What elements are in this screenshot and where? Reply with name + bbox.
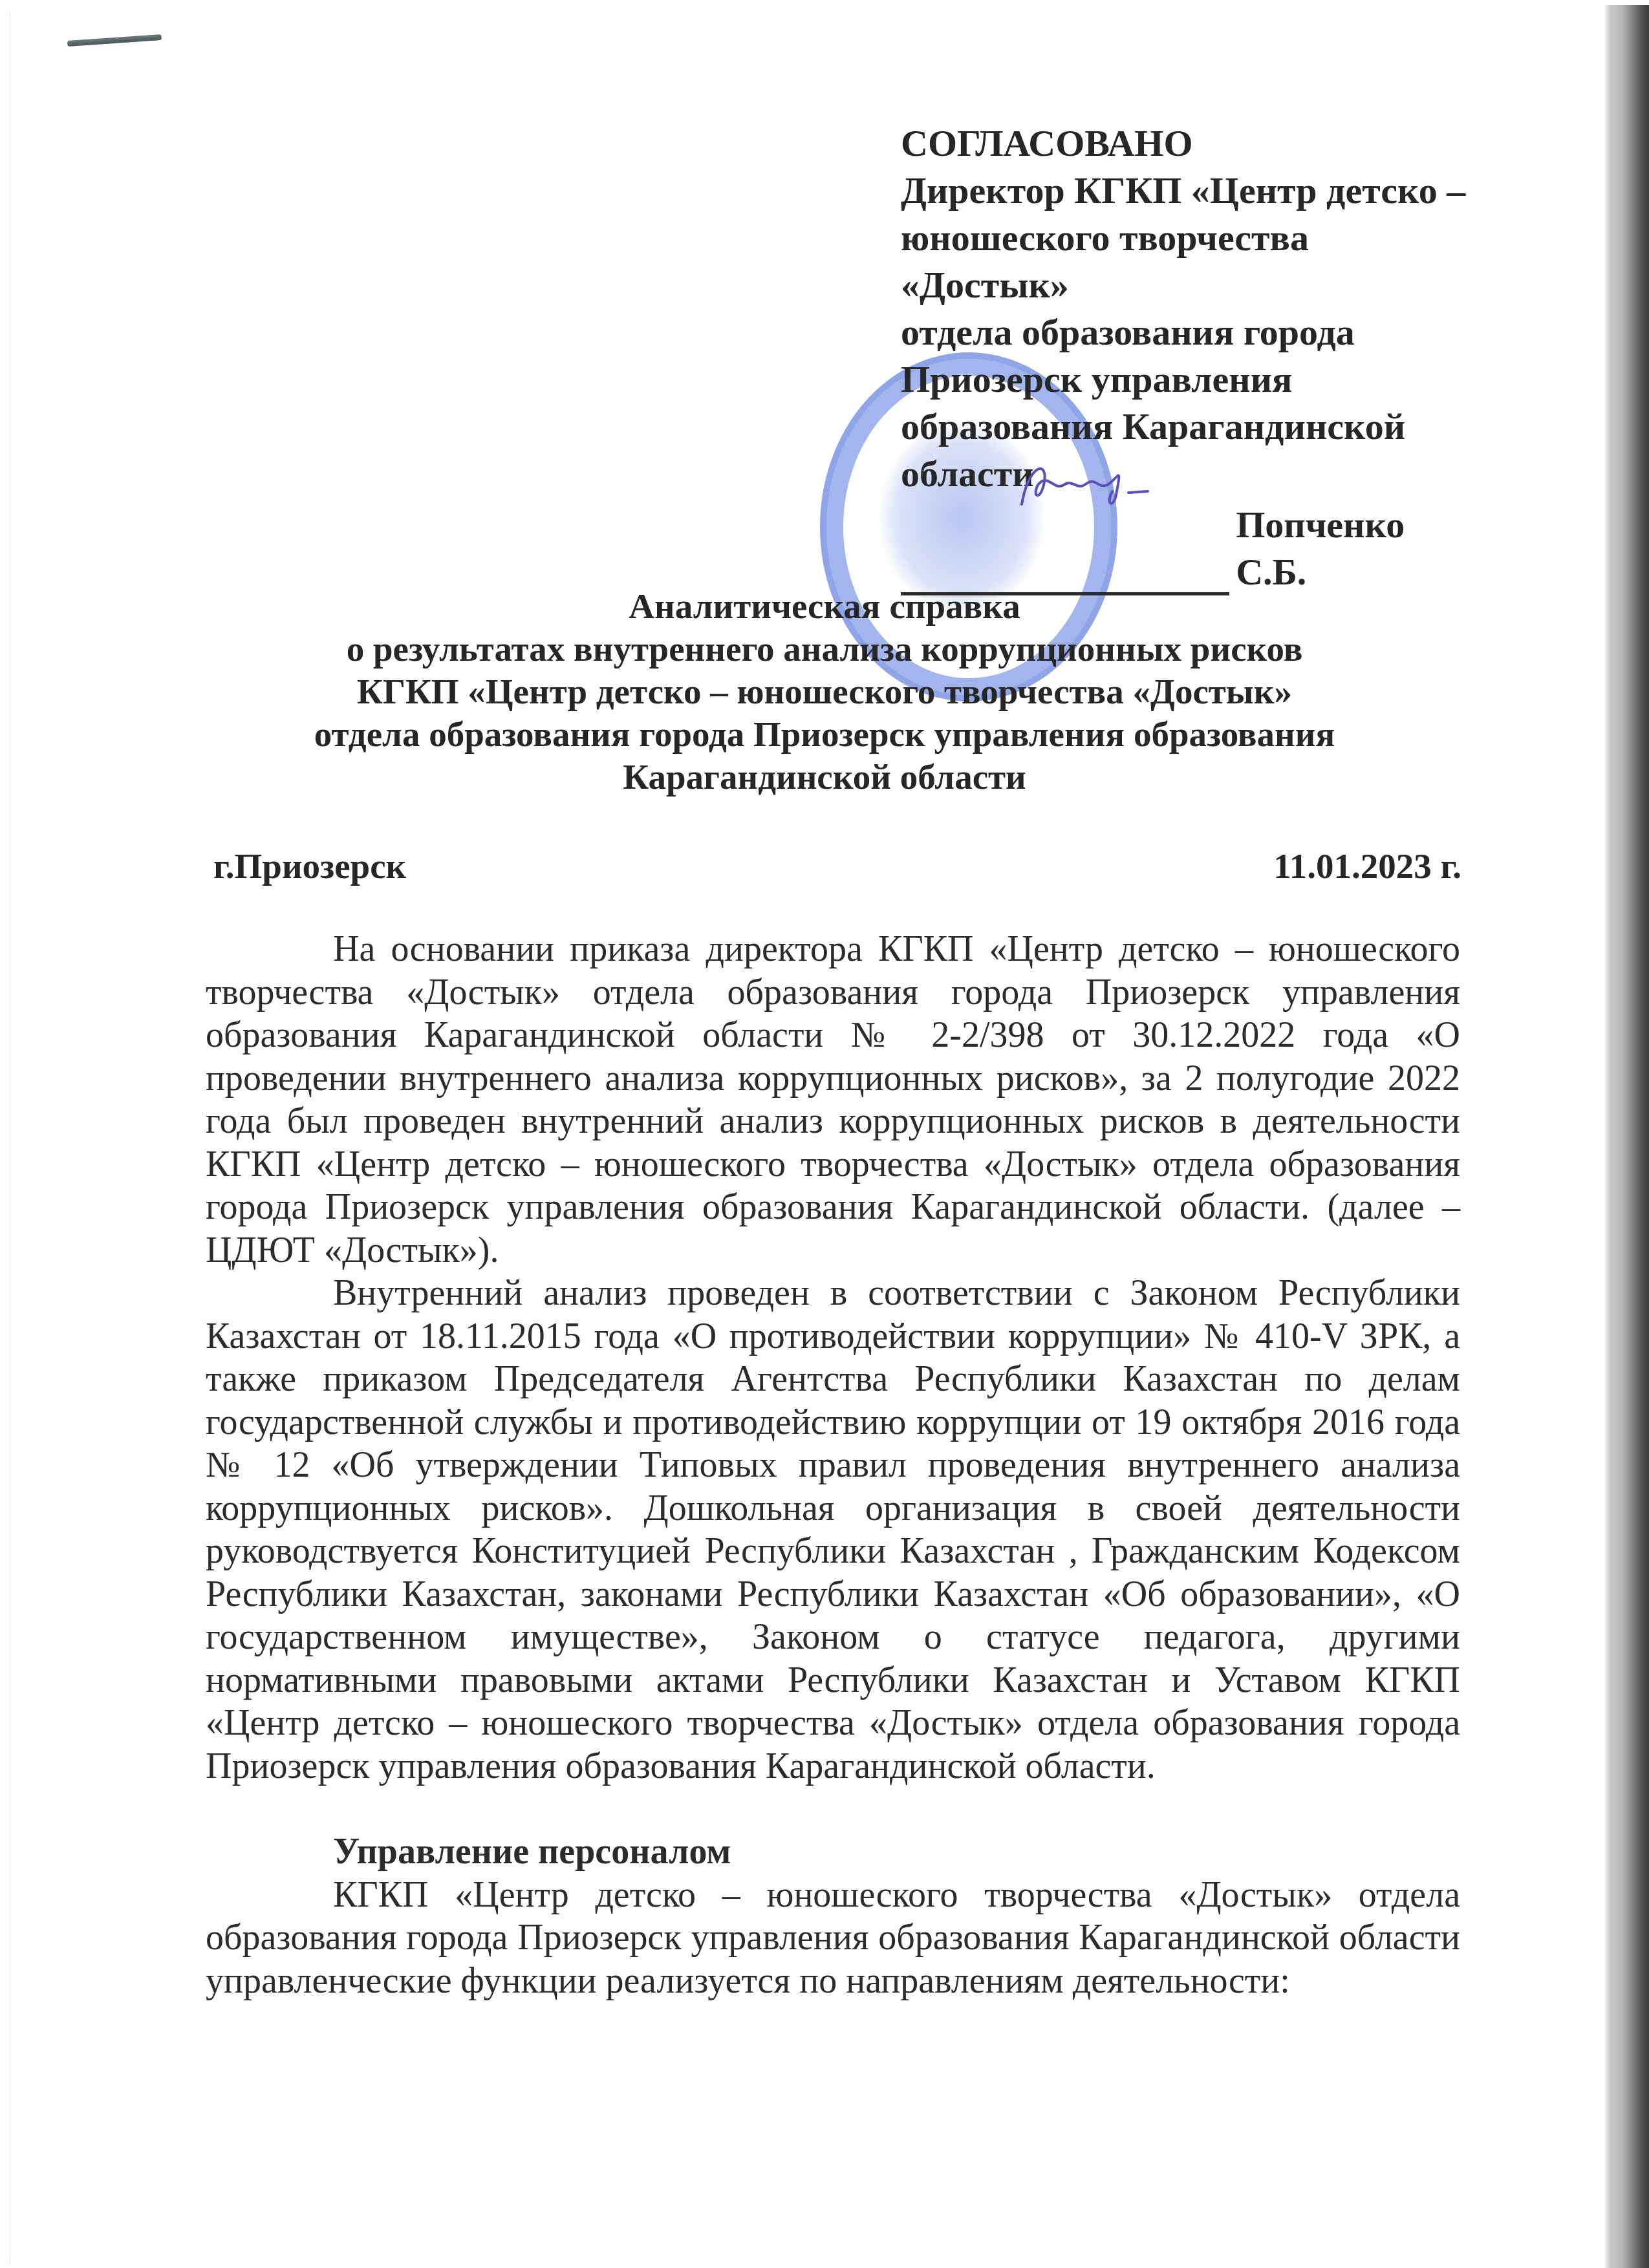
handwritten-signature-icon	[1009, 453, 1170, 511]
signature-line: Попченко С.Б.	[901, 501, 1483, 595]
scanner-edge-shadow	[1605, 5, 1649, 2268]
paragraph: Внутренний анализ проведен в соответстви…	[206, 1272, 1460, 1788]
title-line: КГКП «Центр детско – юношеского творчест…	[194, 670, 1455, 713]
document-body: На основании приказа директора КГКП «Цен…	[206, 928, 1460, 2002]
paragraph: На основании приказа директора КГКП «Цен…	[206, 928, 1460, 1272]
title-line: о результатах внутреннего анализа корруп…	[194, 628, 1455, 670]
document-title: Аналитическая справка о результатах внут…	[194, 585, 1455, 798]
approval-position-line: юношеского творчества «Достык»	[901, 214, 1483, 308]
staple-mark	[67, 34, 162, 47]
approval-block: СОГЛАСОВАНО Директор КГКП «Центр детско …	[901, 120, 1483, 595]
title-line: Аналитическая справка	[194, 585, 1455, 628]
place: г.Приозерск	[213, 846, 406, 886]
page-margin-line	[10, 13, 10, 2263]
section-heading: Управление персоналом	[206, 1830, 1460, 1874]
date: 11.01.2023 г.	[1273, 846, 1461, 886]
title-line: Карагандинской области	[194, 756, 1455, 798]
approval-position-line: области	[901, 450, 1483, 497]
approval-position-line: Приозерск управления	[901, 356, 1483, 403]
signatory-name: Попченко С.Б.	[1236, 501, 1483, 595]
approval-position-line: образования Карагандинской	[901, 403, 1483, 450]
approval-position-line: Директор КГКП «Центр детско –	[901, 167, 1483, 214]
title-line: отдела образования города Приозерск упра…	[194, 713, 1455, 756]
approval-heading: СОГЛАСОВАНО	[901, 120, 1483, 167]
place-date-row: г.Приозерск 11.01.2023 г.	[213, 846, 1461, 886]
approval-position-line: отдела образования города	[901, 308, 1483, 356]
paragraph: КГКП «Центр детско – юношеского творчест…	[206, 1874, 1460, 2003]
